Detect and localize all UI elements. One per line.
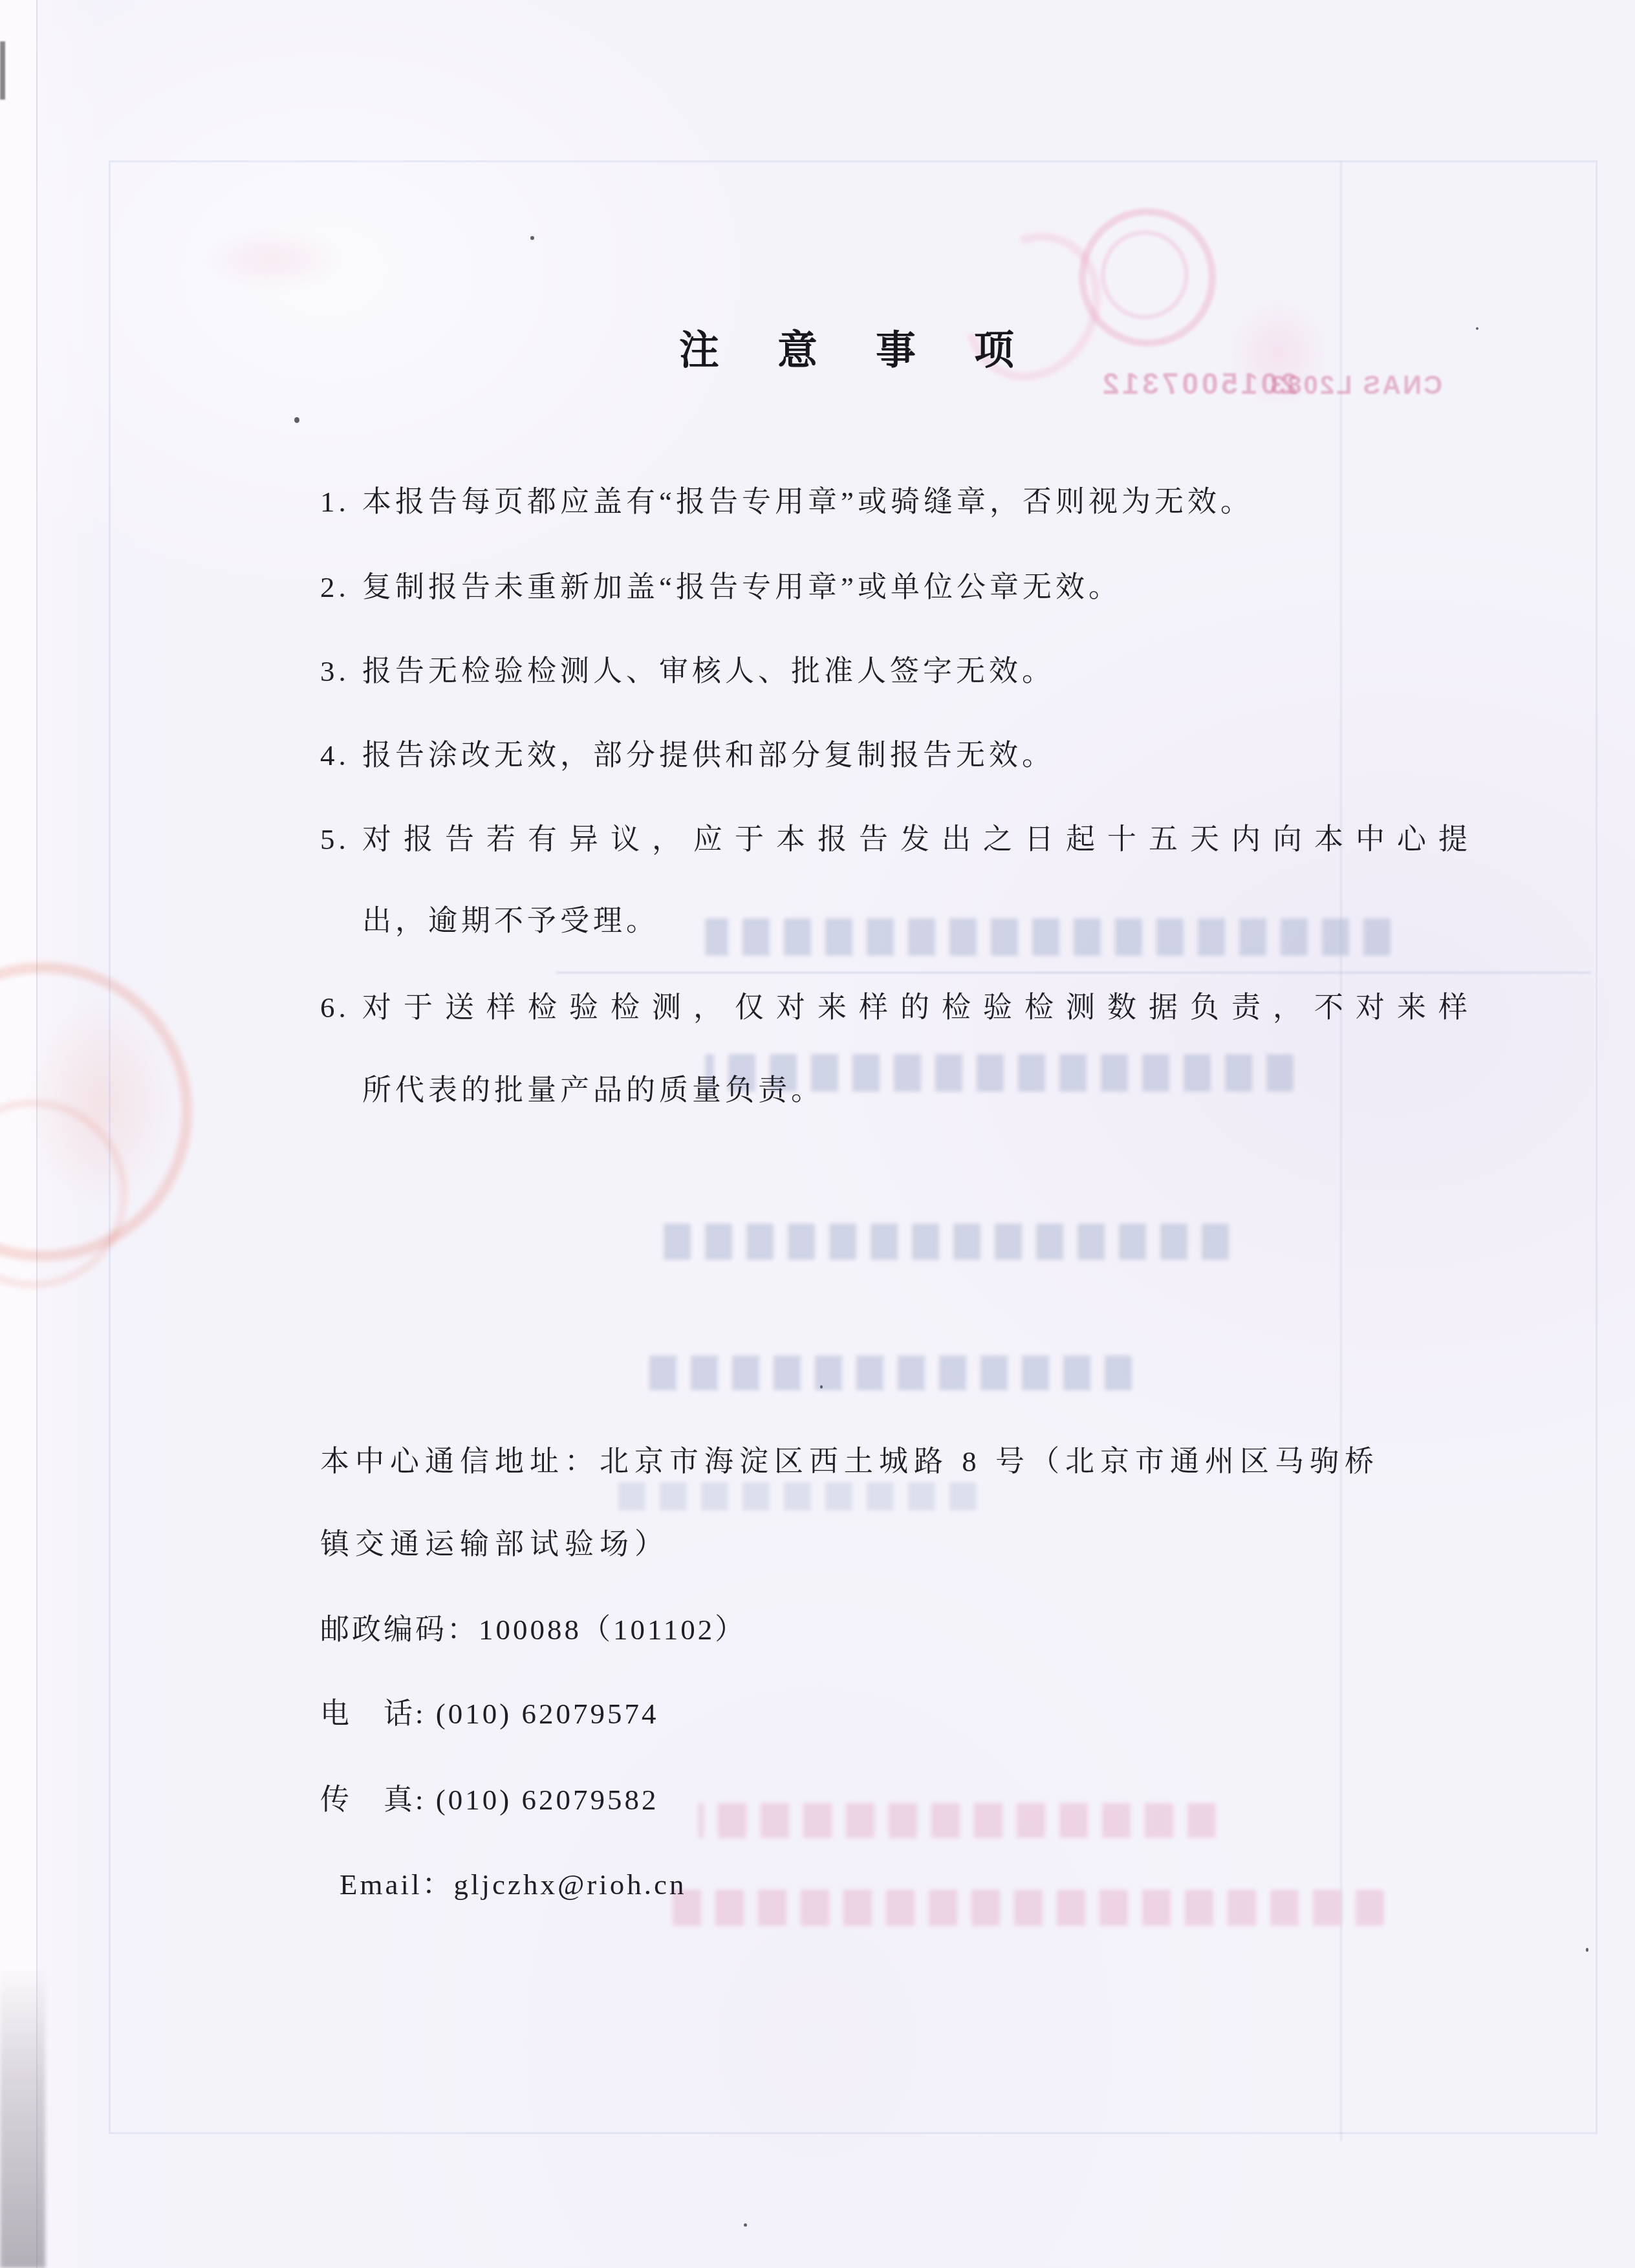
phone-line: 电 话: (010) 62079574 [320,1696,658,1732]
note-1-text: 本报告每页都应盖有“报告专用章”或骑缝章，否则视为无效。 [362,484,1253,520]
scanned-notice-page: 2015007312 CNAS L2083 注意事项 1. 本报告每页都应盖有“… [0,0,1635,2268]
bleedthrough-cnas-logo [1079,208,1216,347]
page-title: 注意事项 [679,318,1072,376]
note-4-number: 4. [320,737,365,773]
dust-speck [744,2223,747,2227]
bleedthrough-ghost-row [660,1224,1229,1260]
bleedthrough-center-name-row [698,1803,1216,1838]
postal-code-line: 邮政编码：100088（101102） [320,1612,746,1648]
note-1-number: 1. [320,484,365,520]
dust-speck [820,1385,823,1388]
address-line-1: 本中心通信地址：北京市海淀区西土城路 8 号（北京市通州区马驹桥 [320,1443,1380,1480]
note-6-text-line2: 所代表的批量产品的质量负责。 [362,1072,824,1108]
note-3-number: 3. [320,653,365,689]
bleedthrough-border-rectangle [109,160,1597,2134]
bleedthrough-cnas-logo-inner [1101,230,1189,319]
dust-speck [294,417,299,423]
note-5-number: 5. [320,821,365,858]
dust-speck [530,236,534,240]
note-2-number: 2. [320,569,365,605]
bleedthrough-ghost-row [614,1482,977,1511]
note-3-text: 报告无检验检测人、审核人、批准人签字无效。 [362,653,1055,689]
bleedthrough-pink-wisp [204,230,340,288]
email-line: Email：gljczhx@rioh.cn [340,1866,687,1903]
note-6-text-line1: 对于送样检验检测，仅对来样的检验检测数据负责，不对来样 [362,989,1480,1026]
fax-line: 传 真: (010) 62079582 [320,1782,658,1818]
note-2-text: 复制报告未重新加盖“报告专用章”或单位公章无效。 [362,569,1121,605]
bleedthrough-ilac-logo [1226,299,1330,409]
note-6-number: 6. [320,989,365,1026]
bleedthrough-institute-name-row [666,1890,1384,1926]
dust-speck [1586,1948,1588,1952]
note-5-text-line2: 出，逾期不予受理。 [362,903,659,939]
dust-speck [1476,327,1478,330]
note-5-text-line1: 对报告若有异议，应于本报告发出之日起十五天内向本中心提 [362,821,1480,858]
left-edge-nick [0,41,5,100]
address-line-2: 镇交通运输部试验场） [320,1526,669,1562]
vertical-crease-line [1340,162,1342,2141]
bleedthrough-ghost-row [647,1355,1132,1390]
red-stamp-fill [26,996,175,1209]
bleedthrough-report-number: 2015007312 [1099,366,1297,401]
note-4-text: 报告涂改无效，部分提供和部分复制报告无效。 [362,737,1055,773]
bleedthrough-underline [556,971,1591,974]
bottom-left-smudge [0,1966,45,2268]
bleedthrough-ghost-row [705,918,1391,956]
bleedthrough-cnas-number: CNAS L2083 [1269,371,1442,400]
